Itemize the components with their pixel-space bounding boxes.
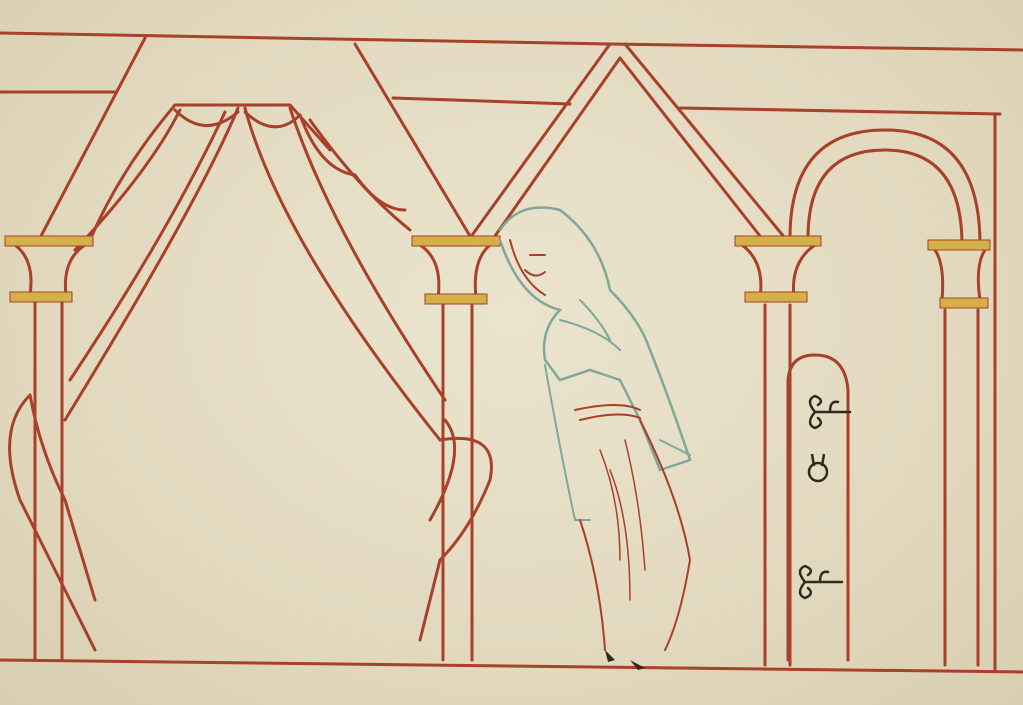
center-gable (470, 44, 785, 238)
round-arch (790, 130, 980, 245)
door-ring (809, 454, 827, 481)
column-1 (35, 300, 62, 660)
column-4 (945, 310, 978, 665)
arched-door (788, 355, 848, 660)
manuscript-folio: Medieval manuscript pen drawing: archite… (0, 0, 1023, 705)
column-3 (765, 305, 790, 665)
curtain-right (245, 108, 491, 640)
top-frame-line (0, 33, 1023, 50)
door-hinges (800, 396, 850, 598)
illustration (0, 0, 1023, 705)
hooded-figure (500, 208, 690, 671)
curtain-left (10, 105, 238, 650)
ground-line (0, 660, 1023, 672)
